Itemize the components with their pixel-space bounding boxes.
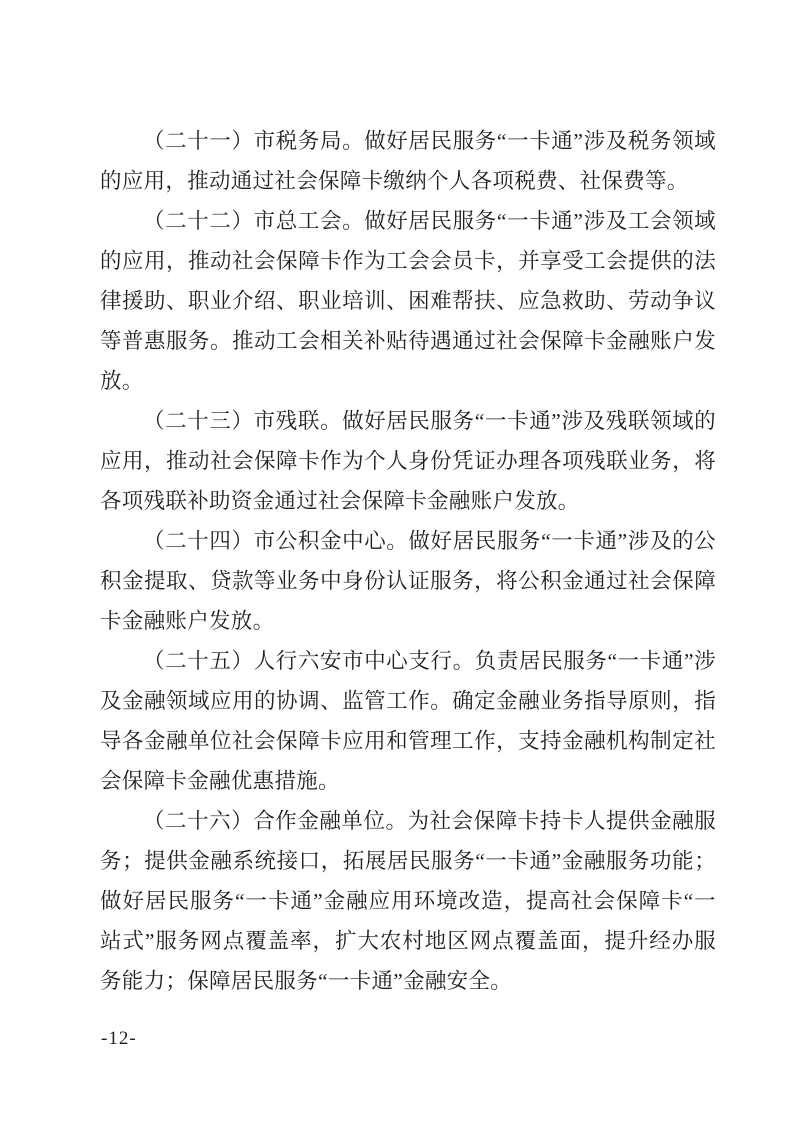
document-body: （二十一）市税务局。做好居民服务“一卡通”涉及税务领域的应用，推动通过社会保障卡…: [100, 121, 716, 1001]
paragraph-item-24: （二十四）市公积金中心。做好居民服务“一卡通”涉及的公积金提取、贷款等业务中身份…: [100, 521, 716, 641]
paragraph-item-25: （二十五）人行六安市中心支行。负责居民服务“一卡通”涉及金融领域应用的协调、监管…: [100, 641, 716, 801]
document-page: （二十一）市税务局。做好居民服务“一卡通”涉及税务领域的应用，推动通过社会保障卡…: [0, 0, 793, 1122]
paragraph-item-26: （二十六）合作金融单位。为社会保障卡持卡人提供金融服务；提供金融系统接口，拓展居…: [100, 801, 716, 1001]
paragraph-item-22: （二十二）市总工会。做好居民服务“一卡通”涉及工会领域的应用，推动社会保障卡作为…: [100, 201, 716, 401]
page-number: -12-: [101, 1028, 137, 1050]
paragraph-item-21: （二十一）市税务局。做好居民服务“一卡通”涉及税务领域的应用，推动通过社会保障卡…: [100, 121, 716, 201]
paragraph-item-23: （二十三）市残联。做好居民服务“一卡通”涉及残联领域的应用，推动社会保障卡作为个…: [100, 401, 716, 521]
